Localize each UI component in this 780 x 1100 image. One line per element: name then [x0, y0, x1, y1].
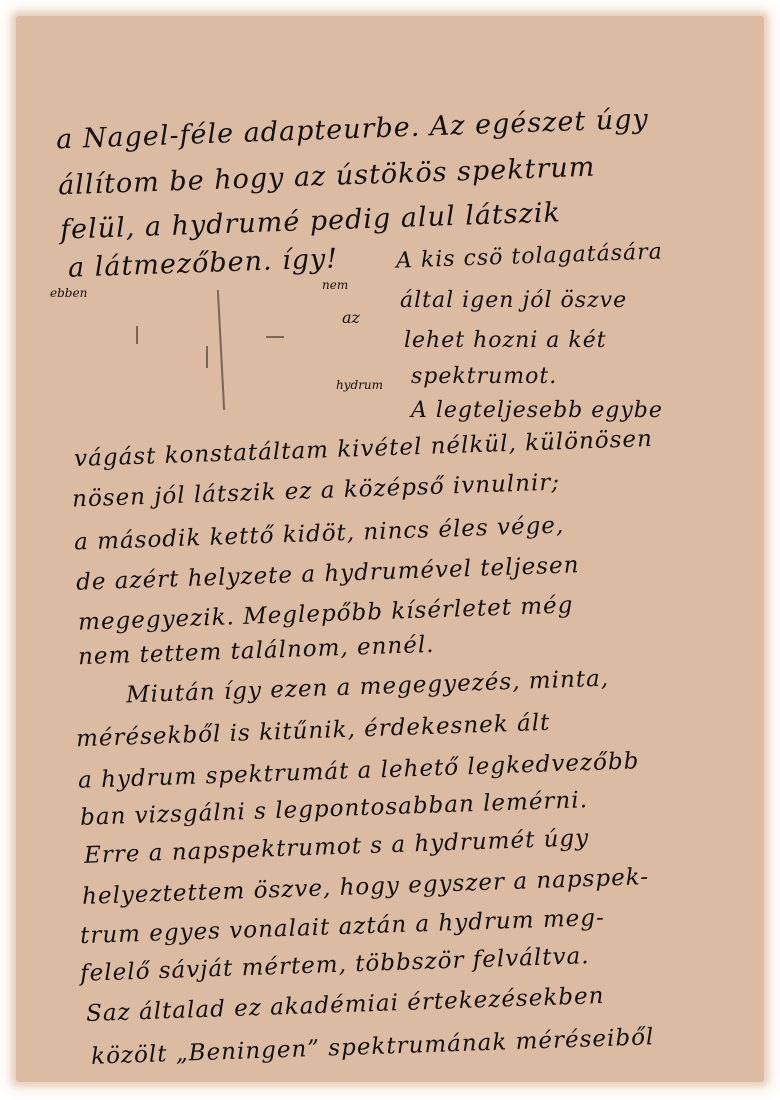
margin-note-hydrum: hydrum [336, 378, 383, 392]
text-line-12: a második kettő kidöt, nincs éles vége, [74, 512, 565, 555]
ink-mark [217, 290, 225, 410]
text-line-22: trum egyes vonalait aztán a hydrum meg- [80, 905, 605, 949]
text-line-18: a hydrum spektrumát a lehető legkedvezőb… [78, 748, 640, 794]
ink-mark [136, 326, 138, 344]
text-line-20: Erre a napspektrumot s a hydrumét úgy [84, 825, 590, 869]
text-line-1: a Nagel-féle adapteurbe. Az egészet úgy [56, 104, 650, 156]
text-line-16: Miután így ezen a megegyezés, minta, [126, 666, 610, 709]
text-line-5: A kis csö tolagatására [396, 239, 664, 273]
manuscript-page: a Nagel-féle adapteurbe. Az egészet úgy … [16, 16, 764, 1082]
text-line-24: Saz általad ez akadémiai értekezésekben [86, 983, 605, 1027]
text-line-19: ban vizsgálni s legpontosabban lemérni. [80, 787, 589, 831]
text-line-21: helyeztettem öszve, hogy egyszer a napsp… [82, 864, 650, 910]
text-line-6: által igen jól öszve [400, 288, 627, 313]
text-line-13: de azért helyzete a hydrumével teljesen [76, 552, 580, 596]
text-line-4: a látmezőben. így! [68, 243, 339, 283]
text-line-2: állítom be hogy az ústökös spektrum [58, 152, 596, 202]
text-line-8: spektrumot. [411, 364, 557, 389]
text-line-14: megegyezik. Meglepőbb kísérletet még [78, 592, 574, 635]
ink-mark [206, 346, 208, 368]
text-line-3: felül, a hydrumé pedig alul látszik [60, 197, 562, 245]
text-line-9: A legteljesebb egybe [411, 398, 663, 423]
ink-mark [266, 336, 284, 338]
text-line-7: lehet hozni a két [404, 328, 607, 353]
margin-note-nem: nem [322, 278, 348, 292]
text-line-15: nem tettem találnom, ennél. [78, 632, 435, 670]
text-line-17: mérésekből is kitűnik, érdekesnek ált [76, 710, 551, 753]
margin-note-az: az [342, 308, 360, 327]
margin-note-ebben: ebben [50, 286, 87, 300]
text-line-11: nösen jól látszik ez a középső ivnulnir; [72, 469, 561, 512]
text-line-23: felelő sávját mértem, többször felváltva… [80, 943, 590, 987]
text-line-10: vágást konstatáltam kivétel nélkül, külö… [74, 426, 654, 472]
text-line-25: közölt „Beningen” spektrumának méréseibő… [91, 1024, 655, 1070]
